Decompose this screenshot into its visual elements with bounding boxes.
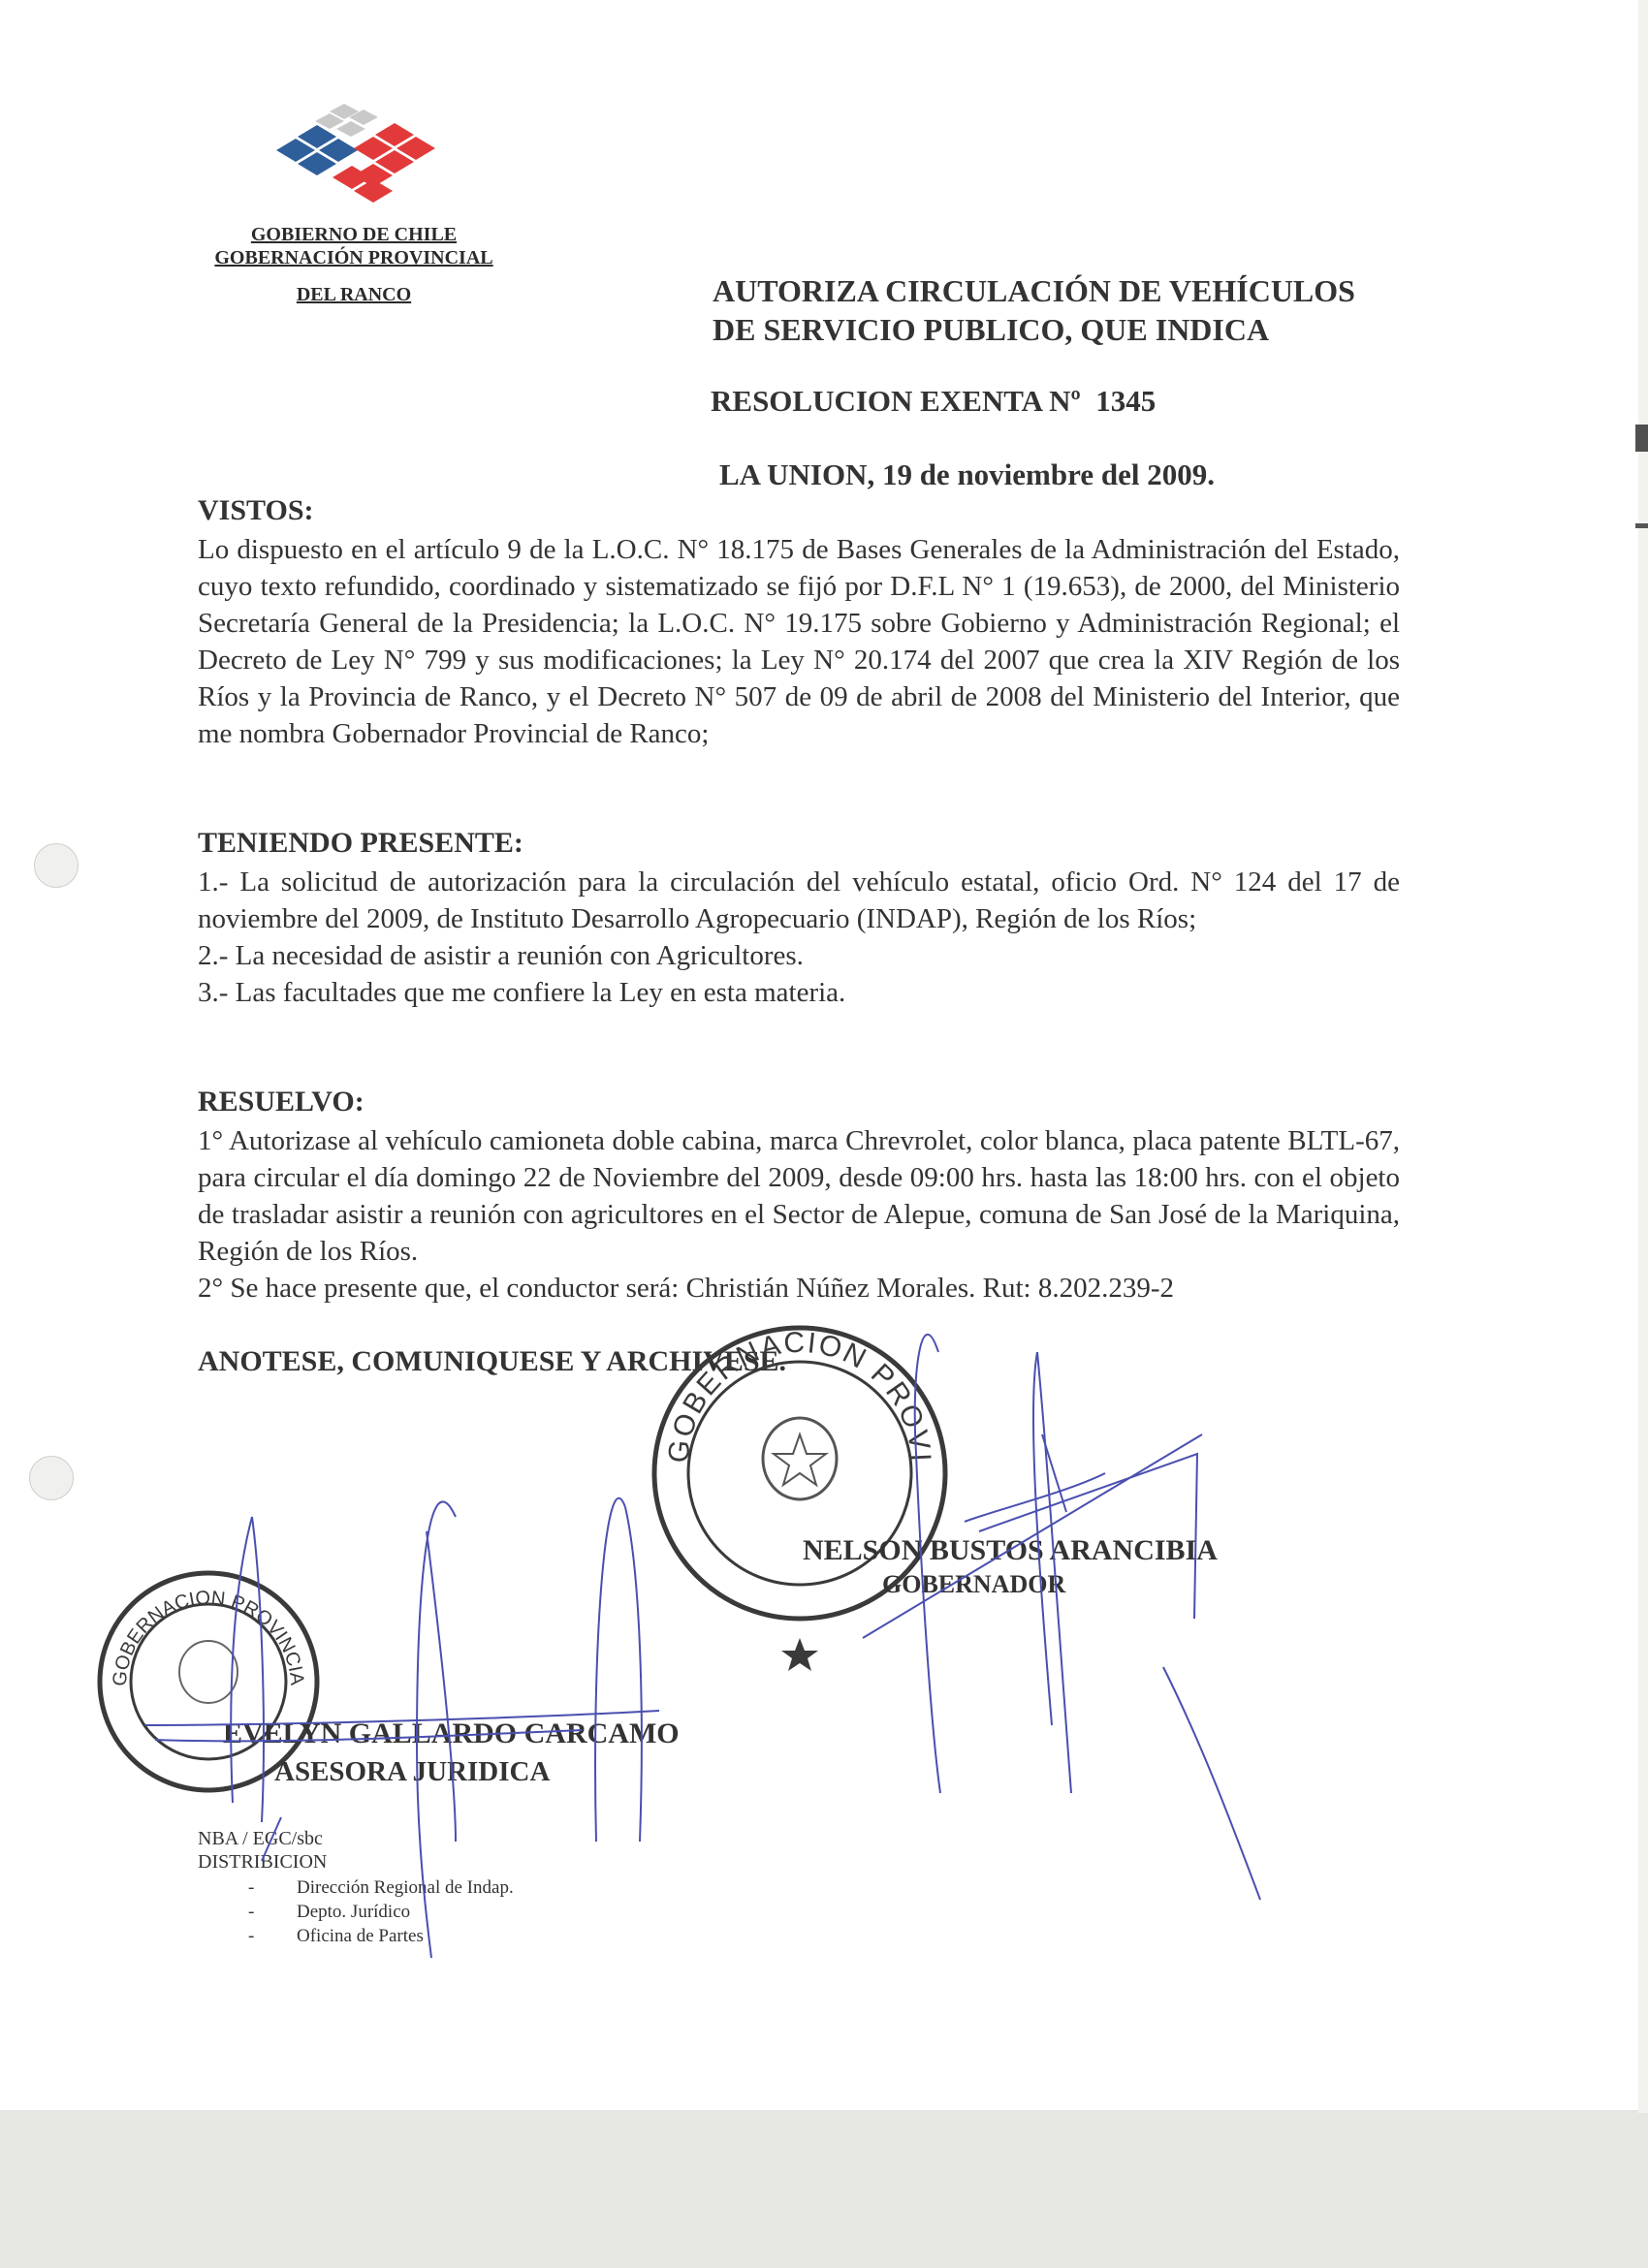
closing-formula: ANOTESE, COMUNIQUESE Y ARCHIVESE. — [198, 1345, 786, 1378]
signatory-role: ASESORA JURIDICA — [274, 1756, 550, 1788]
teniendo-presente-list: 1.- La solicitud de autorización para la… — [198, 864, 1400, 1011]
scan-edge-mark — [1635, 523, 1648, 528]
punch-hole — [34, 843, 79, 888]
scan-edge-mark — [1635, 425, 1648, 452]
resolution-number: RESOLUCION EXENTA Nº 1345 — [711, 384, 1156, 419]
signatory-role: GOBERNADOR — [882, 1570, 1065, 1599]
resuelvo-heading: RESUELVO: — [198, 1086, 364, 1118]
list-item: 1.- La solicitud de autorización para la… — [198, 864, 1400, 937]
list-item: 2° Se hace presente que, el conductor se… — [198, 1270, 1400, 1307]
list-item: 3.- Las facultades que me confiere la Le… — [198, 974, 1400, 1011]
org-line: GOBIERNO DE CHILE — [194, 223, 514, 246]
resuelvo-list: 1° Autorizase al vehículo camioneta dobl… — [198, 1122, 1400, 1307]
signatory-name: NELSON BUSTOS ARANCIBIA — [803, 1534, 1218, 1567]
distribution-list: -Dirección Regional de Indap. -Depto. Ju… — [248, 1875, 514, 1948]
list-item: -Oficina de Partes — [248, 1924, 514, 1948]
gobierno-de-chile-logo — [257, 102, 451, 208]
teniendo-presente-heading: TENIENDO PRESENTE: — [198, 827, 523, 860]
list-item: -Dirección Regional de Indap. — [248, 1875, 514, 1900]
document-title: AUTORIZA CIRCULACIÓN DE VEHÍCULOS DE SER… — [713, 271, 1355, 349]
page-edge — [1638, 0, 1648, 2113]
list-item: 1° Autorizase al vehículo camioneta dobl… — [198, 1122, 1400, 1270]
vistos-text: Lo dispuesto en el artículo 9 de la L.O.… — [198, 531, 1400, 752]
punch-hole — [29, 1456, 74, 1500]
org-line: DEL RANCO — [194, 283, 514, 306]
vistos-heading: VISTOS: — [198, 494, 314, 527]
issuer-block: GOBIERNO DE CHILE GOBERNACIÓN PROVINCIAL… — [194, 223, 514, 306]
list-item: 2.- La necesidad de asistir a reunión co… — [198, 937, 1400, 974]
scanner-background — [0, 2110, 1648, 2268]
resolution-number-value: 1345 — [1095, 384, 1156, 418]
org-line: GOBERNACIÓN PROVINCIAL — [194, 246, 514, 269]
list-item: -Depto. Jurídico — [248, 1900, 514, 1924]
reference-initials: NBA / EGC/sbc DISTRIBICION — [198, 1827, 327, 1874]
place-date: LA UNION, 19 de noviembre del 2009. — [719, 457, 1215, 492]
signatory-name: EVELYN GALLARDO CARCAMO — [223, 1717, 680, 1750]
